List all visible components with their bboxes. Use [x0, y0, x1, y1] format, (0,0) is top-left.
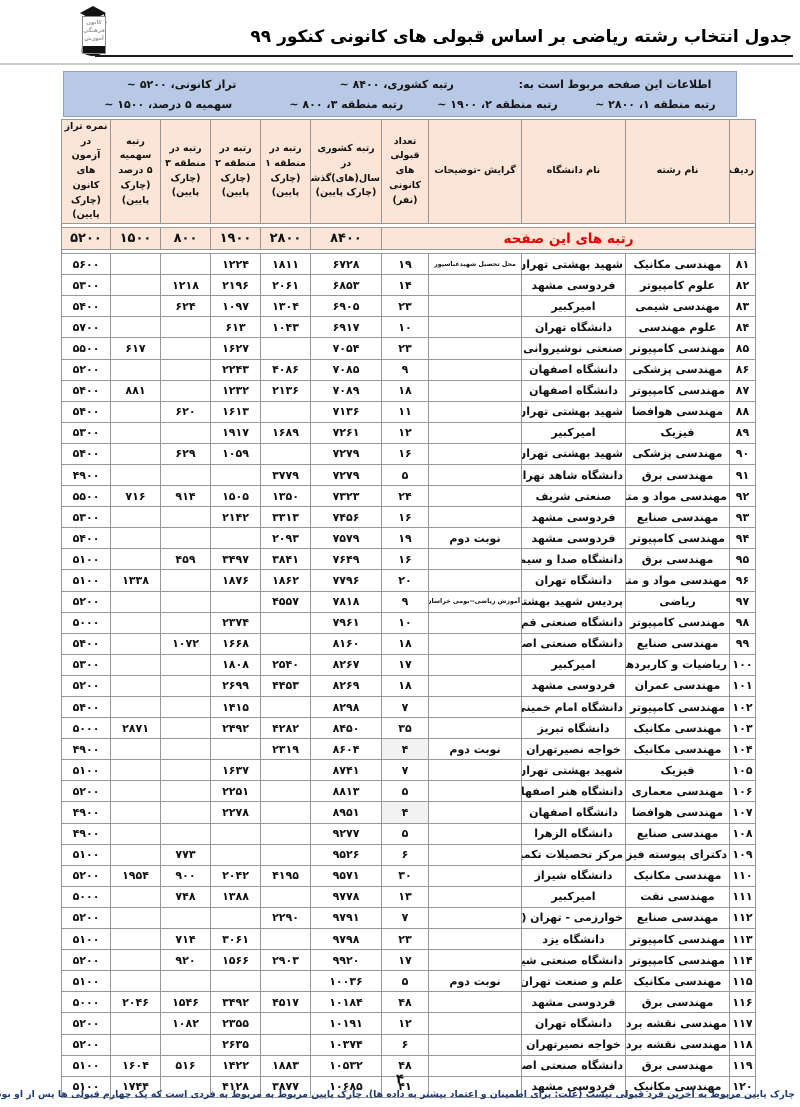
cell-row-number: ۱۰۵	[730, 760, 756, 781]
table-row: ۹۷ ریاضی پردیس شهید بهشتی مشهد آموزش ریا…	[62, 591, 756, 612]
cell-admit-count: ۱۷	[382, 950, 429, 971]
cell-kanoon-score: ۵۲۰۰	[62, 359, 111, 380]
info-kanoon-score: تراز کانونی، ۵۲۰۰ ~	[64, 78, 299, 91]
logo-black-strip	[83, 46, 105, 53]
cell-university: شهید بهشتی تهران	[522, 760, 626, 781]
cell-university: دانشگاه اصفهان	[522, 380, 626, 401]
cell-region2-rank: ۱۶۲۷	[211, 338, 261, 359]
cell-admit-count: ۲۳	[382, 929, 429, 950]
cell-region1-rank: ۱۸۶۲	[261, 570, 311, 591]
cell-region3-rank: ۱۲۱۸	[161, 275, 211, 296]
table-row: ۸۴ علوم مهندسی دانشگاه تهران ۱۰ ۶۹۱۷ ۱۰۴…	[62, 317, 756, 338]
cell-kanoon-score: ۵۲۰۰	[62, 1034, 111, 1055]
cell-admit-count: ۱۲	[382, 422, 429, 443]
header-region1-rank: رتبه در منطقه ۱ (چارک پایین)	[261, 120, 311, 224]
cell-kanoon-score: ۵۰۰۰	[62, 992, 111, 1013]
cell-region1-rank: ۲۱۳۶	[261, 380, 311, 401]
cell-note	[429, 992, 522, 1013]
cell-admit-count: ۲۰	[382, 570, 429, 591]
cell-region1-rank: ۱۳۰۴	[261, 296, 311, 317]
cell-region3-rank	[161, 1034, 211, 1055]
cell-row-number: ۸۶	[730, 359, 756, 380]
kanoon-logo: کانون فرهنگی آموزش	[58, 3, 108, 61]
table-row: ۹۳ مهندسی صنایع فردوسی مشهد ۱۶ ۷۴۵۶ ۳۳۱۳…	[62, 507, 756, 528]
cell-region2-rank: ۳۰۶۱	[211, 929, 261, 950]
cell-region2-rank: ۱۰۵۹	[211, 443, 261, 464]
cell-region1-rank	[261, 1013, 311, 1034]
table-row: ۱۰۰ ریاضیات و کاربردها امیرکبیر ۱۷ ۸۲۶۷ …	[62, 654, 756, 675]
cell-kanoon-score: ۵۰۰۰	[62, 612, 111, 633]
cell-note: آموزش ریاضی--بومی خراسان رضوی	[429, 591, 522, 612]
cell-admit-count: ۱۹	[382, 528, 429, 549]
cell-university: شهید بهشتی تهران	[522, 443, 626, 464]
cell-university: علم و صنعت تهران	[522, 971, 626, 992]
cell-region3-rank: ۶۲۴	[161, 296, 211, 317]
cell-quota5-rank	[111, 971, 161, 992]
cell-major: مهندسی کامپیوتر	[626, 528, 730, 549]
cell-region3-rank	[161, 422, 211, 443]
cell-kanoon-score: ۵۱۰۰	[62, 549, 111, 570]
cell-admit-count: ۵	[382, 781, 429, 802]
cell-kanoon-score: ۵۳۰۰	[62, 422, 111, 443]
cell-university: فردوسی مشهد	[522, 275, 626, 296]
cell-quota5-rank: ۲۸۷۱	[111, 718, 161, 739]
cell-quota5-rank: ۸۸۱	[111, 380, 161, 401]
info-row-1: اطلاعات این صفحه مربوط است به: رتبه کشور…	[64, 78, 736, 91]
cell-national-rank: ۹۵۲۶	[311, 844, 382, 865]
cell-quota5-rank	[111, 507, 161, 528]
cell-national-rank: ۷۶۴۹	[311, 549, 382, 570]
cell-quota5-rank	[111, 612, 161, 633]
cell-region3-rank	[161, 507, 211, 528]
table-row: ۹۱ مهندسی برق دانشگاه شاهد تهران ۵ ۷۲۷۹ …	[62, 464, 756, 485]
cell-major: دکترای پیوسته فیزیک	[626, 844, 730, 865]
summary-region2-rank: ۱۹۰۰	[211, 228, 261, 250]
cell-university: دانشگاه شاهد تهران	[522, 464, 626, 485]
cell-major: مهندسی نقشه برداری	[626, 1013, 730, 1034]
cell-region2-rank: ۳۴۹۷	[211, 549, 261, 570]
cell-row-number: ۱۱۵	[730, 971, 756, 992]
cell-note	[429, 844, 522, 865]
cell-national-rank: ۷۸۱۸	[311, 591, 382, 612]
cell-kanoon-score: ۵۱۰۰	[62, 971, 111, 992]
cell-row-number: ۹۴	[730, 528, 756, 549]
header-note: گرایش -توضیحات	[429, 120, 522, 224]
cell-admit-count: ۱۴	[382, 275, 429, 296]
cell-quota5-rank: ۱۹۵۴	[111, 865, 161, 886]
cell-region1-rank: ۴۵۱۷	[261, 992, 311, 1013]
cell-major: مهندسی کامپیوتر	[626, 950, 730, 971]
cell-quota5-rank	[111, 528, 161, 549]
cell-region1-rank: ۲۰۹۳	[261, 528, 311, 549]
cell-row-number: ۱۱۱	[730, 886, 756, 907]
cell-quota5-rank	[111, 443, 161, 464]
cell-note: محل تحصیل شهیدعباسپور	[429, 254, 522, 275]
cell-region3-rank	[161, 464, 211, 485]
cell-region1-rank	[261, 971, 311, 992]
cell-kanoon-score: ۵۳۰۰	[62, 275, 111, 296]
cell-note	[429, 1034, 522, 1055]
cell-quota5-rank	[111, 296, 161, 317]
cell-region2-rank: ۲۲۵۱	[211, 781, 261, 802]
cell-row-number: ۹۷	[730, 591, 756, 612]
cell-major: مهندسی کامپیوتر	[626, 929, 730, 950]
cell-national-rank: ۷۲۶۱	[311, 422, 382, 443]
cell-region1-rank: ۴۲۸۲	[261, 718, 311, 739]
cell-university: صنعتی شریف	[522, 486, 626, 507]
cell-row-number: ۱۰۲	[730, 697, 756, 718]
info-row-2: رتبه منطقه ۱، ۲۸۰۰ ~ رتبه منطقه ۲، ۱۹۰۰ …	[64, 98, 736, 111]
cell-quota5-rank	[111, 1013, 161, 1034]
cell-region3-rank: ۷۷۳	[161, 844, 211, 865]
header-national-rank: رتبه کشوری در سال(های)گذشته (چارک پایین)	[311, 120, 382, 224]
info-region2-rank: رتبه منطقه ۲، ۱۹۰۰ ~	[420, 98, 575, 111]
cell-quota5-rank	[111, 633, 161, 654]
cell-kanoon-score: ۵۰۰۰	[62, 886, 111, 907]
cell-region3-rank	[161, 528, 211, 549]
cell-national-rank: ۷۱۳۶	[311, 401, 382, 422]
cell-admit-count: ۴	[382, 739, 429, 760]
cell-region2-rank	[211, 907, 261, 928]
cell-note: نوبت دوم	[429, 739, 522, 760]
cell-note: نوبت دوم	[429, 528, 522, 549]
table-row: ۱۰۳ مهندسی مکانیک دانشگاه تبریز ۳۵ ۸۴۵۰ …	[62, 718, 756, 739]
cell-row-number: ۱۰۹	[730, 844, 756, 865]
cell-region3-rank: ۹۱۴	[161, 486, 211, 507]
cell-region1-rank	[261, 802, 311, 823]
header-quota5-rank: رتبه سهمیه ۵ درصد (چارک پایین)	[111, 120, 161, 224]
cell-region2-rank	[211, 971, 261, 992]
cell-major: مهندسی هوافضا	[626, 401, 730, 422]
cell-major: مهندسی پزشکی	[626, 443, 730, 464]
cell-national-rank: ۸۲۶۹	[311, 675, 382, 696]
cell-row-number: ۱۰۱	[730, 675, 756, 696]
cell-major: مهندسی مکانیک	[626, 971, 730, 992]
cell-national-rank: ۹۹۲۰	[311, 950, 382, 971]
cell-kanoon-score: ۵۲۰۰	[62, 950, 111, 971]
cell-region1-rank	[261, 633, 311, 654]
cell-note	[429, 781, 522, 802]
cell-region2-rank: ۱۰۹۷	[211, 296, 261, 317]
cell-quota5-rank	[111, 739, 161, 760]
cell-row-number: ۱۱۸	[730, 1034, 756, 1055]
summary-national-rank: ۸۴۰۰	[311, 228, 382, 250]
cell-quota5-rank	[111, 907, 161, 928]
table-row: ۹۰ مهندسی پزشکی شهید بهشتی تهران ۱۶ ۷۲۷۹…	[62, 443, 756, 464]
cell-university: خوارزمی - تهران (کرج)	[522, 907, 626, 928]
cell-region2-rank: ۲۱۹۶	[211, 275, 261, 296]
cell-row-number: ۱۱۲	[730, 907, 756, 928]
cell-note	[429, 697, 522, 718]
cell-university: شهید بهشتی تهران	[522, 254, 626, 275]
cell-university: فردوسی مشهد	[522, 507, 626, 528]
table-row: ۱۰۴ مهندسی مکانیک خواجه نصیرتهران نوبت د…	[62, 739, 756, 760]
cell-quota5-rank: ۱۳۳۸	[111, 570, 161, 591]
cell-admit-count: ۱۸	[382, 380, 429, 401]
cell-university: امیرکبیر	[522, 886, 626, 907]
cell-university: خواجه نصیرتهران	[522, 739, 626, 760]
cell-note: نوبت دوم	[429, 971, 522, 992]
cell-region2-rank: ۱۸۷۶	[211, 570, 261, 591]
cell-region2-rank: ۱۶۳۷	[211, 760, 261, 781]
cell-region1-rank: ۲۹۰۳	[261, 950, 311, 971]
cell-region1-rank: ۴۱۹۵	[261, 865, 311, 886]
logo-line-1: کانون	[83, 19, 105, 27]
cell-region2-rank	[211, 464, 261, 485]
cell-kanoon-score: ۵۲۰۰	[62, 781, 111, 802]
cell-region2-rank: ۱۴۱۵	[211, 697, 261, 718]
cell-kanoon-score: ۵۷۰۰	[62, 317, 111, 338]
cell-note	[429, 1013, 522, 1034]
cell-kanoon-score: ۵۱۰۰	[62, 929, 111, 950]
cell-region3-rank	[161, 570, 211, 591]
table-row: ۱۰۵ فیزیک شهید بهشتی تهران ۷ ۸۷۴۱ ۱۶۳۷ ۵…	[62, 760, 756, 781]
cell-region2-rank: ۲۳۷۴	[211, 612, 261, 633]
cell-major: فیزیک	[626, 422, 730, 443]
cell-major: مهندسی نفت	[626, 886, 730, 907]
info-national-rank: رتبه کشوری، ۸۴۰۰ ~	[299, 78, 494, 91]
cell-region3-rank: ۴۵۹	[161, 549, 211, 570]
footnote: چارک پایین مربوط به آخرین فرد قبولی نیست…	[5, 1089, 795, 1100]
cell-kanoon-score: ۵۲۰۰	[62, 865, 111, 886]
cell-region1-rank: ۳۷۷۹	[261, 464, 311, 485]
cell-national-rank: ۸۱۶۰	[311, 633, 382, 654]
table-row: ۱۰۶ مهندسی معماری دانشگاه هنر اصفهان ۵ ۸…	[62, 781, 756, 802]
cell-national-rank: ۸۸۱۳	[311, 781, 382, 802]
cell-note	[429, 549, 522, 570]
cell-row-number: ۹۵	[730, 549, 756, 570]
cell-national-rank: ۷۲۷۹	[311, 443, 382, 464]
cell-row-number: ۱۰۰	[730, 654, 756, 675]
cell-region1-rank	[261, 612, 311, 633]
table-row: ۱۰۸ مهندسی صنایع دانشگاه الزهرا ۵ ۹۲۷۷ ۴…	[62, 823, 756, 844]
cell-region2-rank: ۲۳۵۵	[211, 1013, 261, 1034]
cell-note	[429, 929, 522, 950]
cell-region3-rank	[161, 697, 211, 718]
title-underline	[95, 55, 793, 57]
cell-national-rank: ۸۹۵۱	[311, 802, 382, 823]
cell-major: مهندسی برق	[626, 992, 730, 1013]
cell-national-rank: ۷۰۸۹	[311, 380, 382, 401]
logo-line-3: آموزش	[83, 35, 105, 43]
cell-major: مهندسی صنایع	[626, 823, 730, 844]
cell-note	[429, 718, 522, 739]
cell-quota5-rank	[111, 654, 161, 675]
cell-region3-rank	[161, 359, 211, 380]
cell-kanoon-score: ۵۵۰۰	[62, 486, 111, 507]
cell-note	[429, 886, 522, 907]
cell-quota5-rank: ۶۱۷	[111, 338, 161, 359]
cell-kanoon-score: ۵۲۰۰	[62, 907, 111, 928]
cell-region3-rank	[161, 823, 211, 844]
cell-quota5-rank	[111, 844, 161, 865]
cell-quota5-rank	[111, 950, 161, 971]
cell-kanoon-score: ۴۹۰۰	[62, 802, 111, 823]
cell-region2-rank: ۲۶۳۵	[211, 1034, 261, 1055]
cell-quota5-rank	[111, 886, 161, 907]
cell-region2-rank: ۲۲۷۸	[211, 802, 261, 823]
cell-region3-rank	[161, 591, 211, 612]
cell-major: مهندسی کامپیوتر	[626, 697, 730, 718]
table-row: ۸۸ مهندسی هوافضا شهید بهشتی تهران ۱۱ ۷۱۳…	[62, 401, 756, 422]
header-major: نام رشته	[626, 120, 730, 224]
cell-major: مهندسی کامپیوتر	[626, 380, 730, 401]
cell-row-number: ۸۱	[730, 254, 756, 275]
header-university: نام دانشگاه	[522, 120, 626, 224]
pdf-page: { "colors": { "info_box_bg": "#b7c9e5", …	[0, 0, 800, 1107]
summary-label: رتبه های این صفحه	[382, 228, 756, 250]
cell-university: دانشگاه صنعتی شیراز	[522, 950, 626, 971]
cell-major: مهندسی معماری	[626, 781, 730, 802]
cell-admit-count: ۱۳	[382, 886, 429, 907]
cell-admit-count: ۶	[382, 1034, 429, 1055]
cell-admit-count: ۱۱	[382, 401, 429, 422]
cell-note	[429, 401, 522, 422]
cell-region1-rank: ۲۲۹۰	[261, 907, 311, 928]
table-row: ۸۲ علوم کامپیوتر فردوسی مشهد ۱۴ ۶۸۵۳ ۲۰۶…	[62, 275, 756, 296]
cell-note	[429, 675, 522, 696]
cell-region1-rank	[261, 844, 311, 865]
cell-region2-rank	[211, 823, 261, 844]
cell-quota5-rank	[111, 929, 161, 950]
cell-national-rank: ۷۲۷۹	[311, 464, 382, 485]
cell-major: مهندسی عمران	[626, 675, 730, 696]
cell-quota5-rank	[111, 823, 161, 844]
cell-region1-rank: ۲۰۶۱	[261, 275, 311, 296]
table-row: ۱۱۶ مهندسی برق فردوسی مشهد ۴۸ ۱۰۱۸۴ ۴۵۱۷…	[62, 992, 756, 1013]
cell-note	[429, 296, 522, 317]
cell-kanoon-score: ۴۹۰۰	[62, 464, 111, 485]
cell-kanoon-score: ۵۶۰۰	[62, 254, 111, 275]
cell-national-rank: ۷۹۶۱	[311, 612, 382, 633]
cell-region1-rank: ۲۳۱۹	[261, 739, 311, 760]
table-row: ۸۱ مهندسی مکانیک شهید بهشتی تهران محل تح…	[62, 254, 756, 275]
cell-admit-count: ۱۷	[382, 654, 429, 675]
cell-major: علوم مهندسی	[626, 317, 730, 338]
cell-region3-rank	[161, 907, 211, 928]
table-header: ردیف نام رشته نام دانشگاه گرایش -توضیحات…	[62, 120, 756, 224]
cell-admit-count: ۹	[382, 359, 429, 380]
cell-row-number: ۱۱۶	[730, 992, 756, 1013]
cell-admit-count: ۱۸	[382, 675, 429, 696]
table-row: ۱۰۹ دکترای پیوسته فیزیک مرکز تحصیلات تکم…	[62, 844, 756, 865]
cell-kanoon-score: ۵۲۰۰	[62, 1013, 111, 1034]
cell-region1-rank: ۳۸۴۱	[261, 549, 311, 570]
cell-kanoon-score: ۵۴۰۰	[62, 296, 111, 317]
cell-admit-count: ۵	[382, 464, 429, 485]
cell-region1-rank: ۱۶۸۹	[261, 422, 311, 443]
cell-quota5-rank	[111, 359, 161, 380]
table-row: ۱۰۱ مهندسی عمران فردوسی مشهد ۱۸ ۸۲۶۹ ۴۴۵…	[62, 675, 756, 696]
cell-admit-count: ۱۰	[382, 317, 429, 338]
cell-region2-rank: ۲۱۴۲	[211, 507, 261, 528]
cell-quota5-rank	[111, 591, 161, 612]
info-intro: اطلاعات این صفحه مربوط است به:	[494, 78, 736, 91]
cell-major: مهندسی مکانیک	[626, 718, 730, 739]
cell-region3-rank	[161, 718, 211, 739]
cell-university: امیرکبیر	[522, 654, 626, 675]
cell-major: مهندسی صنایع	[626, 633, 730, 654]
cell-region2-rank: ۱۲۲۴	[211, 254, 261, 275]
cell-region3-rank: ۱۵۴۶	[161, 992, 211, 1013]
cell-admit-count: ۴۸	[382, 992, 429, 1013]
cell-major: مهندسی هوافضا	[626, 802, 730, 823]
cell-region2-rank	[211, 739, 261, 760]
cell-region2-rank: ۱۸۰۸	[211, 654, 261, 675]
cell-kanoon-score: ۵۴۰۰	[62, 443, 111, 464]
cell-national-rank: ۸۴۵۰	[311, 718, 382, 739]
cell-major: مهندسی مکانیک	[626, 865, 730, 886]
cell-university: مرکز تحصیلات تکمیلی زنجان	[522, 844, 626, 865]
cell-row-number: ۱۰۷	[730, 802, 756, 823]
cell-national-rank: ۹۲۷۷	[311, 823, 382, 844]
cell-national-rank: ۷۳۲۳	[311, 486, 382, 507]
cell-national-rank: ۷۵۷۹	[311, 528, 382, 549]
cell-admit-count: ۱۶	[382, 443, 429, 464]
cell-row-number: ۹۶	[730, 570, 756, 591]
cell-region1-rank	[261, 443, 311, 464]
cell-note	[429, 654, 522, 675]
cell-note	[429, 422, 522, 443]
cell-university: دانشگاه صدا و سیما تهران	[522, 549, 626, 570]
cell-university: دانشگاه صنعتی اصفهان	[522, 633, 626, 654]
cell-major: مهندسی کامپیوتر	[626, 338, 730, 359]
admissions-table: ردیف نام رشته نام دانشگاه گرایش -توضیحات…	[61, 119, 756, 1098]
table-row: ۱۱۸ مهندسی نقشه برداری خواجه نصیرتهران ۶…	[62, 1034, 756, 1055]
cell-region3-rank	[161, 760, 211, 781]
cell-major: مهندسی مکانیک	[626, 739, 730, 760]
table-row: ۸۶ مهندسی پزشکی دانشگاه اصفهان ۹ ۷۰۸۵ ۴۰…	[62, 359, 756, 380]
summary-region3-rank: ۸۰۰	[161, 228, 211, 250]
cell-note	[429, 443, 522, 464]
cell-row-number: ۱۰۳	[730, 718, 756, 739]
table-row: ۱۱۰ مهندسی مکانیک دانشگاه شیراز ۳۰ ۹۵۷۱ …	[62, 865, 756, 886]
cell-admit-count: ۷	[382, 760, 429, 781]
cell-university: دانشگاه صنعتی قم	[522, 612, 626, 633]
cell-region3-rank	[161, 781, 211, 802]
cell-major: ریاضیات و کاربردها	[626, 654, 730, 675]
cell-quota5-rank: ۲۰۴۶	[111, 992, 161, 1013]
cell-row-number: ۸۸	[730, 401, 756, 422]
cell-admit-count: ۳۰	[382, 865, 429, 886]
cell-university: امیرکبیر	[522, 296, 626, 317]
cell-region1-rank	[261, 886, 311, 907]
cell-university: دانشگاه شیراز	[522, 865, 626, 886]
summary-quota5-rank: ۱۵۰۰	[111, 228, 161, 250]
cell-region1-rank: ۱۸۱۱	[261, 254, 311, 275]
header-region3-rank: رتبه در منطقه ۳ (چارک پایین)	[161, 120, 211, 224]
cell-region2-rank: ۱۵۶۶	[211, 950, 261, 971]
cell-row-number: ۸۷	[730, 380, 756, 401]
cell-kanoon-score: ۵۴۰۰	[62, 633, 111, 654]
cell-region2-rank: ۲۴۹۲	[211, 718, 261, 739]
cell-region1-rank	[261, 823, 311, 844]
info-region1-rank: رتبه منطقه ۱، ۲۸۰۰ ~	[575, 98, 736, 111]
cell-region3-rank	[161, 802, 211, 823]
cell-region1-rank	[261, 697, 311, 718]
cell-note	[429, 612, 522, 633]
cell-national-rank: ۹۷۷۸	[311, 886, 382, 907]
cell-university: فردوسی مشهد	[522, 528, 626, 549]
cell-admit-count: ۳۵	[382, 718, 429, 739]
cell-region2-rank: ۲۰۴۲	[211, 865, 261, 886]
cell-national-rank: ۷۰۸۵	[311, 359, 382, 380]
table-row: ۸۷ مهندسی کامپیوتر دانشگاه اصفهان ۱۸ ۷۰۸…	[62, 380, 756, 401]
cell-row-number: ۹۹	[730, 633, 756, 654]
cell-region3-rank: ۱۰۸۲	[161, 1013, 211, 1034]
cell-major: ریاضی	[626, 591, 730, 612]
cell-note	[429, 359, 522, 380]
